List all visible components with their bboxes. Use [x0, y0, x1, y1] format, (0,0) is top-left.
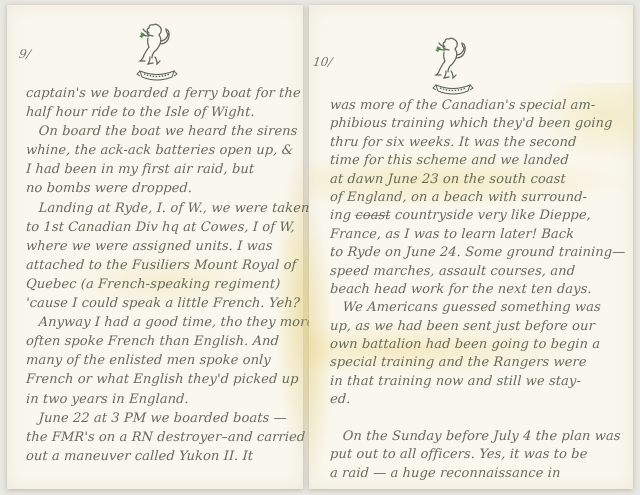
handwritten-line: Quebec (a French-speaking regiment) [25, 275, 298, 294]
sprig-icon [139, 32, 145, 38]
handwritten-line: ing c̶o̶a̶s̶t̶ countryside very like Die… [330, 207, 631, 225]
handwritten-line: to Ryde on June 24. Some ground training… [330, 244, 631, 262]
handwritten-line: half hour ride to the Isle of Wight. [25, 103, 298, 122]
handwritten-line: French or what English they'd picked up [25, 370, 298, 389]
handwritten-line: to 1st Canadian Div hq at Cowes, I of W, [25, 218, 298, 237]
handwritten-line: captain's we boarded a ferry boat for th… [25, 84, 298, 103]
handwritten-line: On the Sunday before July 4 the plan was [330, 428, 631, 446]
handwritten-line: out a maneuver called Yukon II. It [25, 447, 298, 466]
handwritten-line: in two years in England. [25, 390, 298, 409]
page-number: 9/ [18, 47, 32, 61]
right-page-lines: was more of the Canadian's special am-ph… [330, 97, 630, 483]
handwritten-line: I had been in my first air raid, but [25, 160, 298, 179]
handwritten-line: in that training now and still we stay- [330, 373, 631, 391]
page-number: 10/ [312, 55, 333, 69]
handwritten-line: a raid — a huge reconnaissance in [330, 465, 631, 483]
handwritten-line: the FMR's on a RN destroyer–and carried [25, 428, 298, 447]
handwritten-line: many of the enlisted men spoke only [25, 351, 298, 370]
letter-page-10: 10/ was more of [309, 5, 633, 489]
handwritten-line: On board the boat we heard the sirens [25, 122, 298, 141]
handwritten-line: no bombs were dropped. [25, 179, 298, 198]
handwritten-line: of England, on a beach with surround- [330, 189, 631, 207]
handwritten-line: France, as I was to learn later! Back [330, 226, 631, 244]
handwritten-line: special training and the Rangers were [330, 354, 631, 372]
crest-banner [433, 85, 473, 94]
handwritten-line: June 22 at 3 PM we boarded boats — [25, 409, 298, 428]
scanned-letter: 9/ captain's we [0, 0, 640, 495]
handwritten-line: time for this scheme and we landed [330, 152, 631, 170]
handwritten-line: We Americans guessed something was [330, 299, 631, 317]
handwritten-line: was more of the Canadian's special am- [330, 97, 631, 115]
left-page-lines: captain's we boarded a ferry boat for th… [26, 84, 298, 466]
handwritten-line: own battalion had been going to begin a [330, 336, 631, 354]
sprig-icon [435, 46, 441, 52]
handwritten-line: put out to all officers. Yes, it was to … [330, 446, 631, 464]
handwritten-line: ed. [330, 391, 631, 409]
crest-banner [137, 71, 177, 80]
letter-page-9: 9/ captain's we [7, 5, 303, 489]
handwritten-line: phibious training which they'd been goin… [330, 115, 631, 133]
paper-stain [303, 215, 333, 475]
handwritten-line: 'cause I could speak a little French. Ye… [25, 294, 298, 313]
handwritten-line: often spoke French than English. And [25, 332, 298, 351]
handwritten-line: Landing at Ryde, I. of W., we were taken [25, 199, 298, 218]
handwritten-line: at dawn June 23 on the south coast [330, 171, 631, 189]
handwritten-line: attached to the Fusiliers Mount Royal of [25, 256, 298, 275]
handwritten-line: thru for six weeks. It was the second [330, 134, 631, 152]
lion-crest-icon [135, 21, 179, 83]
lion-crest-icon [431, 35, 475, 97]
handwritten-line: Anyway I had a good time, tho they more [25, 313, 298, 332]
handwritten-line: beach head work for the next ten days. [330, 281, 631, 299]
handwritten-line: speed marches, assault courses, and [330, 263, 631, 281]
handwritten-line: where we were assigned units. I was [25, 237, 298, 256]
handwritten-line: whine, the ack-ack batteries open up, & [25, 141, 298, 160]
handwritten-line [330, 410, 631, 428]
handwritten-line: up, as we had been sent just before our [330, 318, 631, 336]
